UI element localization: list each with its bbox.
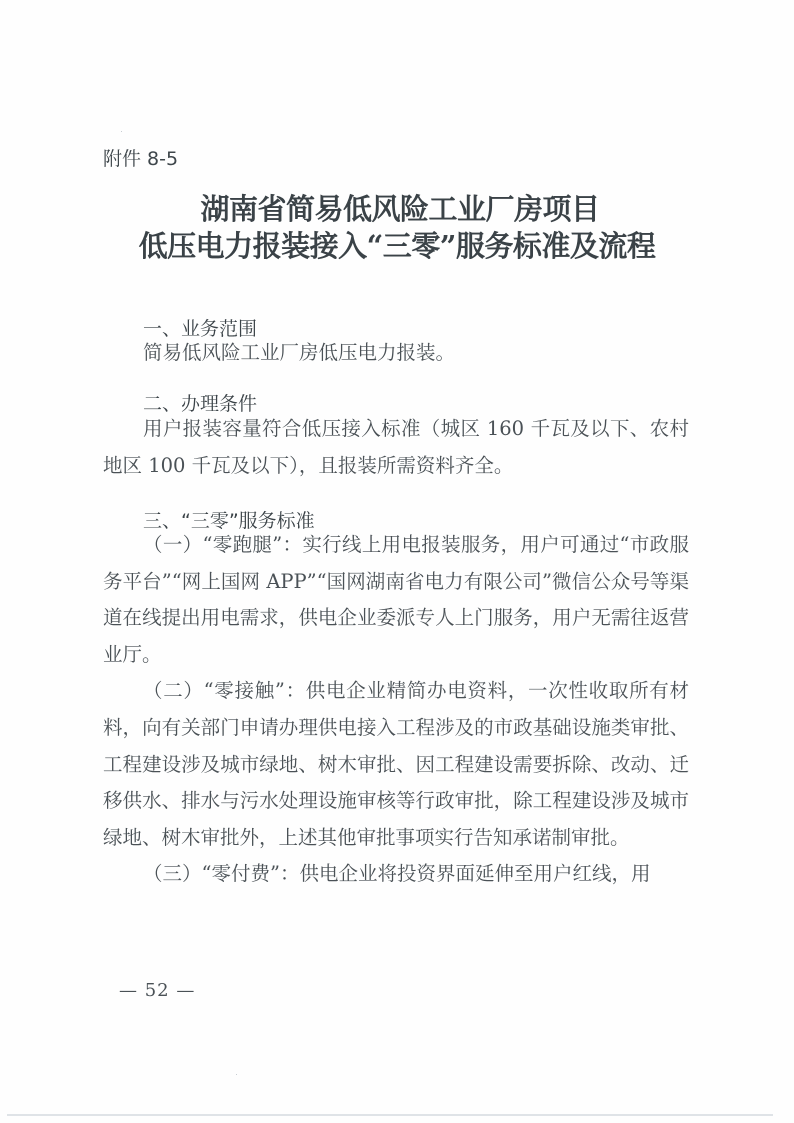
paragraph-zero-trips: （一）“零跑腿”：实行线上用电报装服务，用户可通过“市政服务平台”“网上国网 A…	[103, 527, 689, 673]
document-title-line-2: 低压电力报装接入“三零”服务标准及流程	[0, 228, 794, 264]
paragraph: 用户报装容量符合低压接入标准（城区 160 千瓦及以下、农村地区 100 千瓦及…	[103, 411, 689, 484]
document-title-line-1: 湖南省简易低风险工业厂房项目	[0, 191, 794, 227]
scan-speck	[121, 131, 122, 132]
section-body-conditions: 用户报装容量符合低压接入标准（城区 160 千瓦及以下、农村地区 100 千瓦及…	[103, 411, 689, 484]
document-page: 附件 8-5 湖南省简易低风险工业厂房项目 低压电力报装接入“三零”服务标准及流…	[0, 0, 794, 1123]
section-body-scope: 简易低风险工业厂房低压电力报装。	[103, 335, 689, 372]
paragraph-zero-contact: （二）“零接触”：供电企业精简办电资料，一次性收取所有材料，向有关部门申请办理供…	[103, 673, 689, 856]
attachment-label: 附件 8-5	[103, 146, 178, 172]
scan-speck	[236, 1074, 237, 1075]
scan-edge-line	[7, 1114, 773, 1116]
section-body-standards: （一）“零跑腿”：实行线上用电报装服务，用户可通过“市政服务平台”“网上国网 A…	[103, 527, 689, 893]
page-number: — 52 —	[119, 979, 195, 1003]
paragraph-zero-cost: （三）“零付费”：供电企业将投资界面延伸至用户红线，用	[103, 856, 689, 893]
paragraph: 简易低风险工业厂房低压电力报装。	[103, 335, 689, 372]
